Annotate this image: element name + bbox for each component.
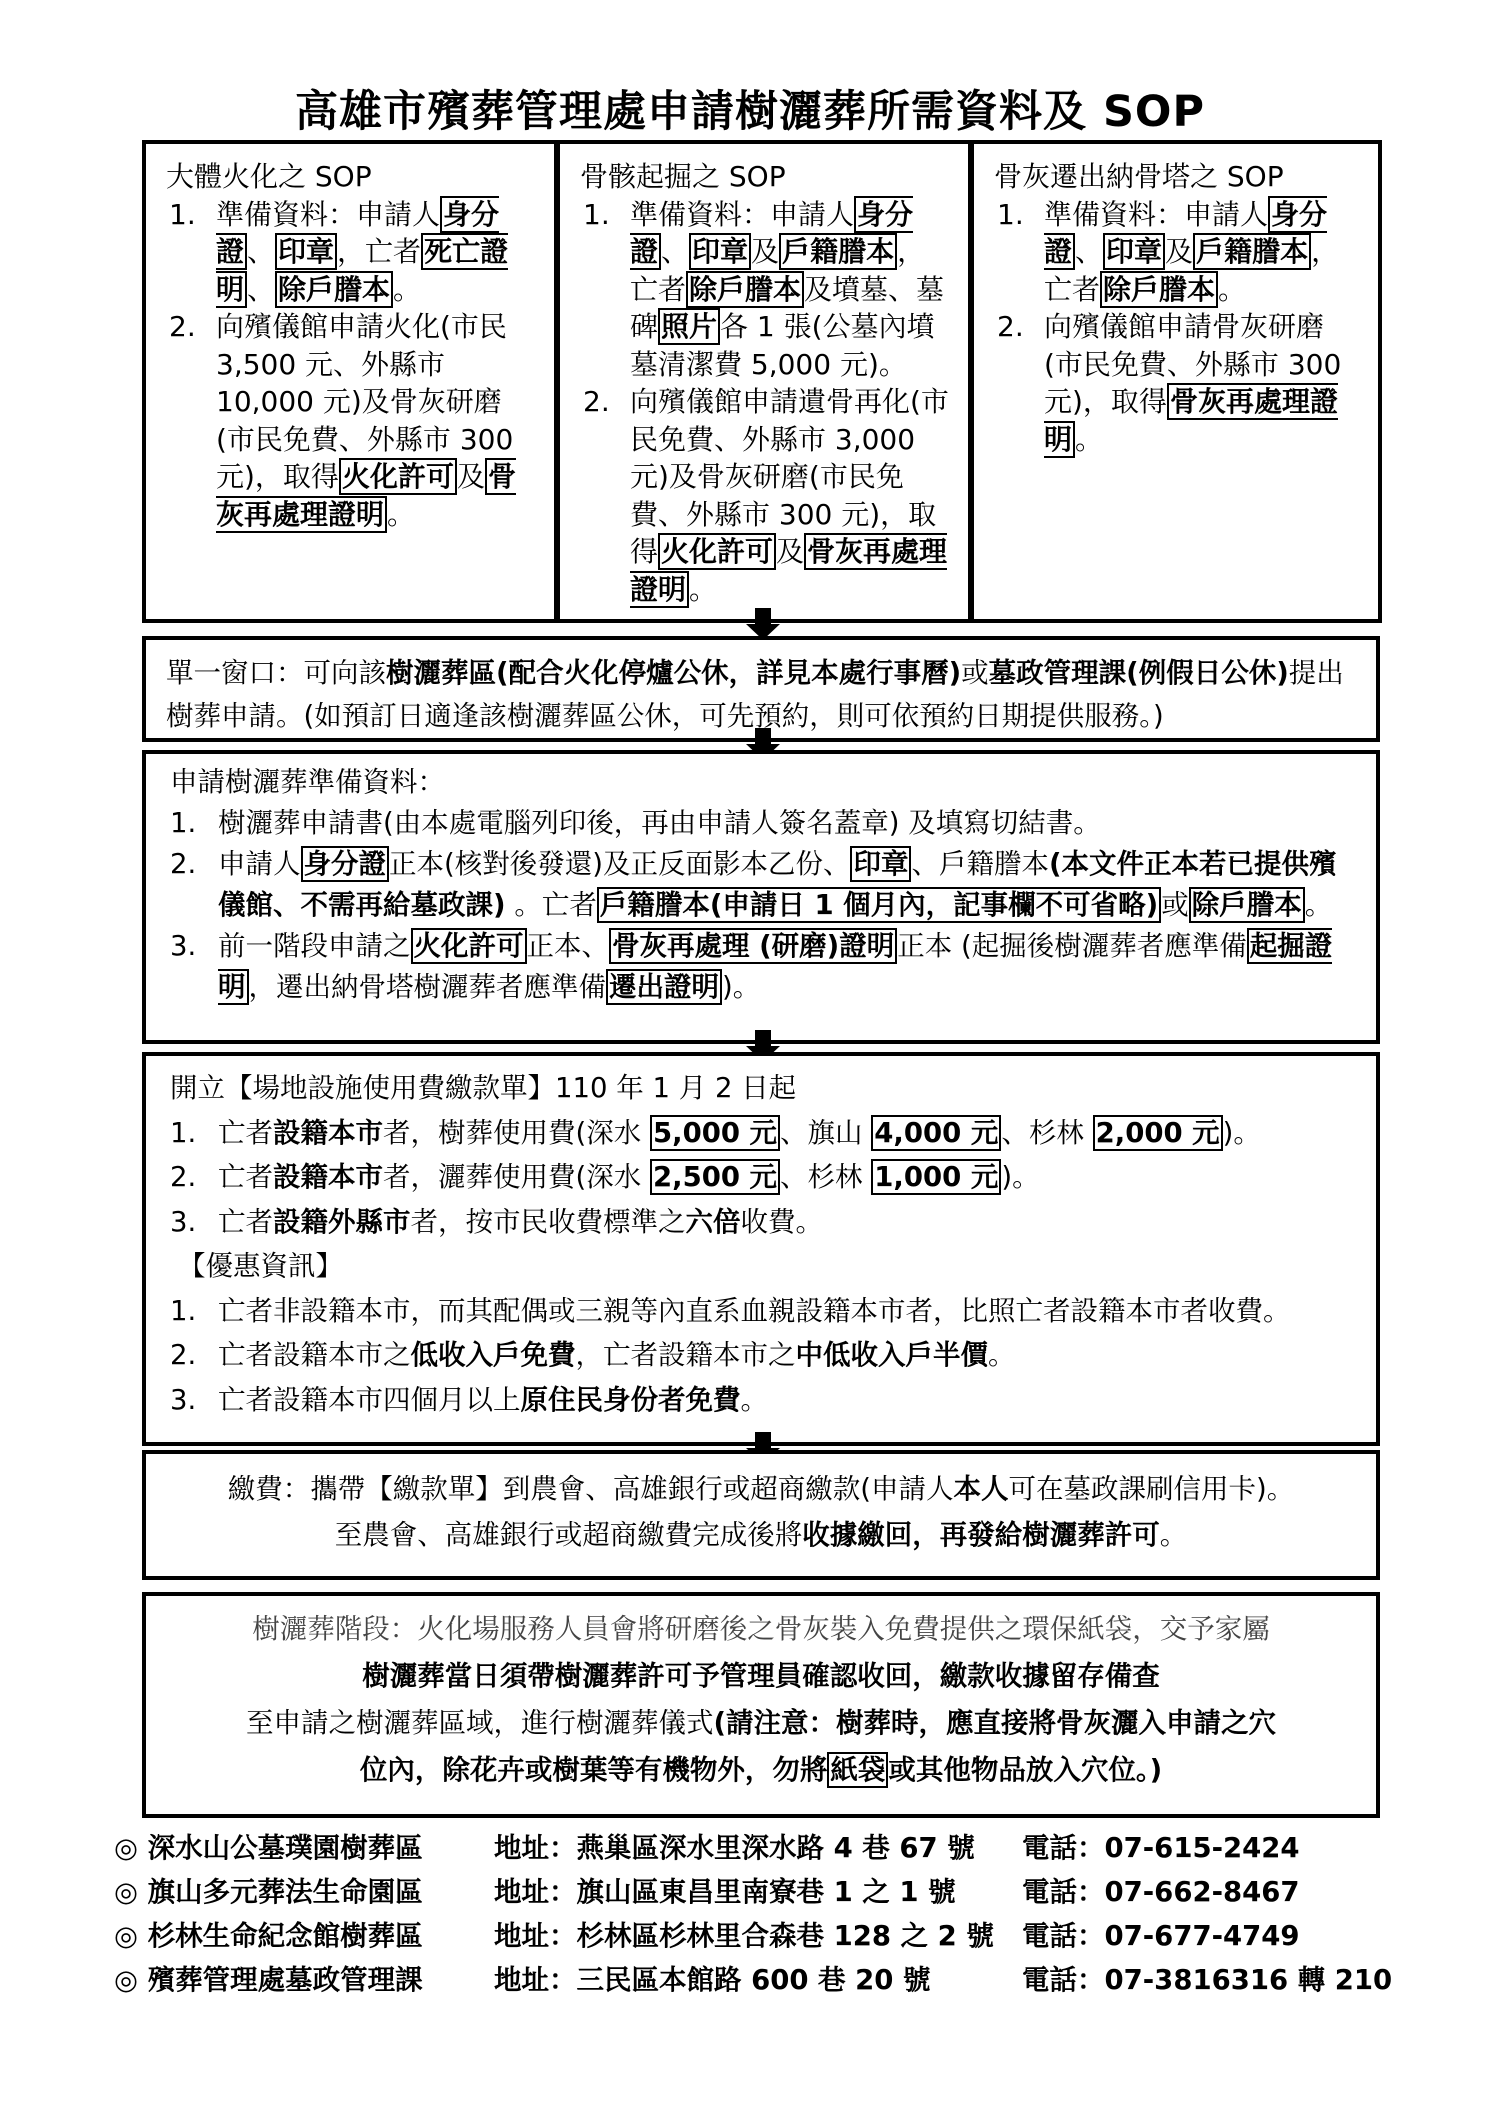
ceremony-line-2: 樹灑葬當日須帶樹灑葬許可予管理員確認收回，繳款收據留存備查 bbox=[156, 1653, 1366, 1700]
highlighted-term: 火化許可 bbox=[658, 533, 776, 570]
emphasis-text: 設籍本市 bbox=[273, 1161, 383, 1193]
ceremony-line-1: 樹灑葬階段：火化場服務人員會將研磨後之骨灰裝入免費提供之環保紙袋，交予家屬 bbox=[156, 1606, 1366, 1653]
text-run: 、杉林 bbox=[1001, 1117, 1092, 1149]
ceremony-box: 樹灑葬階段：火化場服務人員會將研磨後之骨灰裝入免費提供之環保紙袋，交予家屬 樹灑… bbox=[142, 1592, 1380, 1818]
text-run: 申請人 bbox=[218, 848, 301, 880]
flow-arrow-down-icon bbox=[755, 1030, 771, 1048]
bullet-icon: ◎ bbox=[114, 1920, 138, 1952]
item-number: 1. bbox=[583, 196, 610, 234]
text-run: 準備資料：申請人 bbox=[630, 198, 854, 231]
text-run: 。 bbox=[1218, 273, 1246, 306]
fee-list: 1.亡者設籍本市者，樹葬使用費(深水 5,000 元、旗山 4,000 元、杉林… bbox=[170, 1111, 1360, 1245]
text-run: 、 bbox=[247, 235, 275, 268]
item-number: 1. bbox=[169, 196, 196, 234]
text-run: 亡者 bbox=[218, 1206, 273, 1238]
item-number: 1. bbox=[170, 1111, 196, 1156]
text-run: 準備資料：申請人 bbox=[216, 198, 440, 231]
prep-list: 1.樹灑葬申請書(由本處電腦列印後，再由申請人簽名蓋章) 及填寫切結書。2.申請… bbox=[170, 803, 1360, 1008]
highlighted-term: 戶籍謄本 bbox=[779, 233, 897, 270]
list-item: 2.向殯儀館申請火化(市民 3,500 元、外縣市 10,000 元)及骨灰研磨… bbox=[166, 308, 536, 533]
list-item: 2.申請人身分證正本(核對後發還)及正反面影本乙份、印章、戶籍謄本(本文件正本若… bbox=[170, 844, 1360, 926]
highlighted-term: 身分證 bbox=[301, 846, 390, 882]
highlighted-term: 除戶謄本 bbox=[275, 271, 393, 308]
text-run: 、 bbox=[247, 273, 275, 306]
emphasis-text: 墓政管理課(例假日公休) bbox=[989, 657, 1289, 689]
bullet-icon: ◎ bbox=[114, 1876, 138, 1908]
emphasis-text: 或其他物品放入穴位。) bbox=[888, 1754, 1162, 1786]
flow-arrow-down-icon bbox=[755, 728, 771, 746]
location-address: 地址：杉林區杉林里合森巷 128 之 2 號 bbox=[494, 1914, 1022, 1958]
location-phone: 電話：07-615-2424 bbox=[1022, 1826, 1300, 1870]
list-item: 2.亡者設籍本市之低收入戶免費，亡者設籍本市之中低收入戶半價。 bbox=[170, 1333, 1360, 1378]
list-item: 1.準備資料：申請人身分證、印章及戶籍謄本，亡者除戶謄本及墳墓、墓碑照片各 1 … bbox=[580, 196, 950, 384]
text-run: 樹灑葬階段：火化場服務人員會將研磨後之骨灰裝入免費提供之環保紙袋，交予家屬 bbox=[252, 1613, 1270, 1645]
list-item: 1.準備資料：申請人身分證、印章，亡者死亡證明、除戶謄本。 bbox=[166, 196, 536, 309]
emphasis-text: 本人 bbox=[954, 1473, 1009, 1505]
text-run: 、 bbox=[661, 235, 689, 268]
text-run: 。 bbox=[741, 1384, 769, 1416]
text-run: 及 bbox=[751, 235, 779, 268]
location-row: ◎ 旗山多元葬法生命園區 地址：旗山區東昌里南寮巷 1 之 1 號 電話：07-… bbox=[114, 1870, 1392, 1914]
highlighted-term: 戶籍謄本(申請日 1 個月內，記事欄不可省略) bbox=[597, 887, 1161, 923]
text-run: 及 bbox=[457, 460, 485, 493]
text-run: 。 bbox=[689, 573, 717, 606]
text-run: 者，灑葬使用費(深水 bbox=[383, 1161, 650, 1193]
highlighted-term: 除戶謄本 bbox=[1100, 271, 1218, 308]
text-run: 、杉林 bbox=[780, 1161, 871, 1193]
location-phone: 電話：07-3816316 轉 210 bbox=[1022, 1958, 1392, 2002]
flow-arrow-down-icon bbox=[755, 608, 771, 626]
highlighted-term: 2,000 元 bbox=[1093, 1115, 1223, 1151]
sop-column-exhumation: 骨骸起掘之 SOP 1.準備資料：申請人身分證、印章及戶籍謄本，亡者除戶謄本及墳… bbox=[556, 140, 972, 623]
discount-list: 1.亡者非設籍本市，而其配偶或三親等內直系血親設籍本市者，比照亡者設籍本市者收費… bbox=[170, 1289, 1360, 1423]
emphasis-text: 位內，除花卉或樹葉等有機物外，勿將 bbox=[360, 1754, 828, 1786]
text-run: 亡者 bbox=[218, 1117, 273, 1149]
location-name: 旗山多元葬法生命園區 bbox=[148, 1876, 423, 1908]
text-run: 亡者設籍本市四個月以上 bbox=[218, 1384, 521, 1416]
text-run: 。 bbox=[988, 1339, 1016, 1371]
text-run: 準備資料：申請人 bbox=[1044, 198, 1268, 231]
list-item: 2.向殯儀館申請骨灰研磨(市民免費、外縣市 300 元)，取得骨灰再處理證明。 bbox=[994, 308, 1360, 458]
list-item: 1.亡者非設籍本市，而其配偶或三親等內直系血親設籍本市者，比照亡者設籍本市者收費… bbox=[170, 1289, 1360, 1334]
emphasis-text: 中低收入戶半價 bbox=[796, 1339, 989, 1371]
location-name: 殯葬管理處墓政管理課 bbox=[148, 1964, 423, 1996]
ceremony-line-4: 位內，除花卉或樹葉等有機物外，勿將紙袋或其他物品放入穴位。) bbox=[156, 1747, 1366, 1794]
highlighted-term: 除戶謄本 bbox=[1189, 887, 1305, 923]
item-number: 1. bbox=[170, 803, 196, 844]
highlighted-term: 4,000 元 bbox=[871, 1115, 1001, 1151]
list-item: 1.準備資料：申請人身分證、印章及戶籍謄本，亡者除戶謄本。 bbox=[994, 196, 1360, 309]
highlighted-term: 火化許可 bbox=[411, 928, 527, 964]
highlighted-term: 印章 bbox=[850, 846, 911, 882]
text-run: 至申請之樹灑葬區域，進行樹灑葬儀式 bbox=[246, 1707, 714, 1739]
text-run: 。亡者 bbox=[506, 889, 597, 921]
location-phone: 電話：07-662-8467 bbox=[1022, 1870, 1300, 1914]
text-run: 收費。 bbox=[741, 1206, 824, 1238]
single-window-box: 單一窗口：可向該樹灑葬區(配合火化停爐公休，詳見本處行事曆)或墓政管理課(例假日… bbox=[142, 636, 1380, 742]
text-run: ，亡者設籍本市之 bbox=[576, 1339, 796, 1371]
item-number: 2. bbox=[583, 383, 610, 421]
column-heading: 骨灰遷出納骨塔之 SOP bbox=[994, 158, 1360, 196]
sop-steps: 1.準備資料：申請人身分證、印章及戶籍謄本，亡者除戶謄本。2.向殯儀館申請骨灰研… bbox=[994, 196, 1360, 459]
location-address: 地址：旗山區東昌里南寮巷 1 之 1 號 bbox=[494, 1870, 1022, 1914]
text-run: 、戶籍謄本 bbox=[911, 848, 1049, 880]
item-number: 2. bbox=[170, 1155, 196, 1200]
text-run: 者，按市民收費標準之 bbox=[411, 1206, 686, 1238]
text-run: 樹灑葬申請書(由本處電腦列印後，再由申請人簽名蓋章) 及填寫切結書。 bbox=[218, 807, 1101, 839]
location-name: 杉林生命紀念館樹葬區 bbox=[148, 1920, 423, 1952]
text-run: )。 bbox=[722, 971, 760, 1003]
list-item: 3.前一階段申請之火化許可正本、骨灰再處理 (研磨)證明正本 (起掘後樹灑葬者應… bbox=[170, 926, 1360, 1008]
payment-line-2: 至農會、高雄銀行或超商繳費完成後將收據繳回，再發給樹灑葬許可。 bbox=[156, 1512, 1366, 1558]
highlighted-term: 除戶謄本 bbox=[686, 271, 804, 308]
list-item: 3.亡者設籍外縣市者，按市民收費標準之六倍收費。 bbox=[170, 1200, 1360, 1245]
emphasis-text: 六倍 bbox=[686, 1206, 741, 1238]
fee-heading: 開立【場地設施使用費繳款單】110 年 1 月 2 日起 bbox=[170, 1066, 1360, 1111]
text-run: 及 bbox=[776, 535, 804, 568]
text-run: 。 bbox=[393, 273, 421, 306]
text-run: 單一窗口：可向該 bbox=[166, 657, 386, 689]
list-item: 1.亡者設籍本市者，樹葬使用費(深水 5,000 元、旗山 4,000 元、杉林… bbox=[170, 1111, 1360, 1156]
text-run: 正本(核對後發還)及正反面影本乙份、 bbox=[389, 848, 850, 880]
document-title: 高雄市殯葬管理處申請樹灑葬所需資料及 SOP bbox=[0, 78, 1500, 139]
location-row: ◎ 殯葬管理處墓政管理課 地址：三民區本館路 600 巷 20 號 電話：07-… bbox=[114, 1958, 1392, 2002]
item-number: 3. bbox=[170, 1378, 196, 1423]
highlighted-term: 戶籍謄本 bbox=[1193, 233, 1311, 270]
text-run: 亡者非設籍本市，而其配偶或三親等內直系血親設籍本市者，比照亡者設籍本市者收費。 bbox=[218, 1295, 1291, 1327]
highlighted-term: 骨灰再處理 (研磨)證明 bbox=[609, 928, 897, 964]
item-number: 2. bbox=[997, 308, 1024, 346]
discount-heading: 【優惠資訊】 bbox=[170, 1244, 1360, 1289]
item-number: 1. bbox=[997, 196, 1024, 234]
text-run: )。 bbox=[1223, 1117, 1261, 1149]
emphasis-text: 收據繳回，再發給樹灑葬許可 bbox=[802, 1519, 1160, 1551]
text-run: 亡者 bbox=[218, 1161, 273, 1193]
text-run: ，遷出納骨塔樹灑葬者應準備 bbox=[249, 971, 607, 1003]
text-run: 可在墓政課刷信用卡)。 bbox=[1009, 1473, 1295, 1505]
sop-steps: 1.準備資料：申請人身分證、印章，亡者死亡證明、除戶謄本。2.向殯儀館申請火化(… bbox=[166, 196, 536, 534]
highlighted-term: 照片 bbox=[658, 308, 720, 345]
list-item: 3.亡者設籍本市四個月以上原住民身份者免費。 bbox=[170, 1378, 1360, 1423]
location-row: ◎ 杉林生命紀念館樹葬區 地址：杉林區杉林里合森巷 128 之 2 號 電話：0… bbox=[114, 1914, 1392, 1958]
sop-steps: 1.準備資料：申請人身分證、印章及戶籍謄本，亡者除戶謄本及墳墓、墓碑照片各 1 … bbox=[580, 196, 950, 609]
text-run: 前一階段申請之 bbox=[218, 930, 411, 962]
text-run: 者，樹葬使用費(深水 bbox=[383, 1117, 650, 1149]
text-run: 亡者設籍本市之 bbox=[218, 1339, 411, 1371]
location-address: 地址：燕巢區深水里深水路 4 巷 67 號 bbox=[494, 1826, 1022, 1870]
location-address: 地址：三民區本館路 600 巷 20 號 bbox=[494, 1958, 1022, 2002]
highlighted-term: 印章 bbox=[275, 233, 337, 270]
highlighted-term: 2,500 元 bbox=[650, 1159, 780, 1195]
emphasis-text: (請注意：樹葬時，應直接將骨灰灑入申請之穴 bbox=[713, 1707, 1276, 1739]
emphasis-text: 樹灑葬當日須帶樹灑葬許可予管理員確認收回，繳款收據留存備查 bbox=[362, 1660, 1160, 1692]
item-number: 2. bbox=[169, 308, 196, 346]
location-phone: 電話：07-677-4749 bbox=[1022, 1914, 1300, 1958]
list-item: 2.亡者設籍本市者，灑葬使用費(深水 2,500 元、杉林 1,000 元)。 bbox=[170, 1155, 1360, 1200]
highlighted-term: 火化許可 bbox=[339, 458, 457, 495]
highlighted-term: 紙袋 bbox=[827, 1752, 888, 1788]
text-run: 、 bbox=[1075, 235, 1103, 268]
text-run: 、旗山 bbox=[780, 1117, 871, 1149]
prep-heading: 申請樹灑葬準備資料： bbox=[170, 762, 1360, 803]
location-list: ◎ 深水山公墓璞園樹葬區 地址：燕巢區深水里深水路 4 巷 67 號 電話：07… bbox=[114, 1826, 1392, 2002]
sop-column-cremation: 大體火化之 SOP 1.準備資料：申請人身分證、印章，亡者死亡證明、除戶謄本。2… bbox=[142, 140, 558, 623]
emphasis-text: 低收入戶免費 bbox=[411, 1339, 576, 1371]
fee-box: 開立【場地設施使用費繳款單】110 年 1 月 2 日起 1.亡者設籍本市者，樹… bbox=[142, 1052, 1380, 1446]
highlighted-term: 1,000 元 bbox=[871, 1159, 1001, 1195]
item-number: 3. bbox=[170, 1200, 196, 1245]
text-run: 正本 (起掘後樹灑葬者應準備 bbox=[897, 930, 1246, 962]
item-number: 2. bbox=[170, 1333, 196, 1378]
location-row: ◎ 深水山公墓璞園樹葬區 地址：燕巢區深水里深水路 4 巷 67 號 電話：07… bbox=[114, 1826, 1392, 1870]
highlighted-term: 5,000 元 bbox=[650, 1115, 780, 1151]
payment-box: 繳費：攜帶【繳款單】到農會、高雄銀行或超商繳款(申請人本人可在墓政課刷信用卡)。… bbox=[142, 1450, 1380, 1580]
text-run: 至農會、高雄銀行或超商繳費完成後將 bbox=[335, 1519, 803, 1551]
text-run: ，亡者 bbox=[337, 235, 421, 268]
item-number: 2. bbox=[170, 844, 196, 885]
text-run: 。 bbox=[387, 498, 415, 531]
item-number: 1. bbox=[170, 1289, 196, 1334]
emphasis-text: 樹灑葬區(配合火化停爐公休，詳見本處行事曆) bbox=[386, 657, 961, 689]
sop-column-ossuary-removal: 骨灰遷出納骨塔之 SOP 1.準備資料：申請人身分證、印章及戶籍謄本，亡者除戶謄… bbox=[970, 140, 1382, 623]
bullet-icon: ◎ bbox=[114, 1964, 138, 1996]
highlighted-term: 印章 bbox=[689, 233, 751, 270]
location-name: 深水山公墓璞園樹葬區 bbox=[148, 1832, 423, 1864]
single-window-text: 單一窗口：可向該樹灑葬區(配合火化停爐公休，詳見本處行事曆)或墓政管理課(例假日… bbox=[166, 657, 1344, 732]
bullet-icon: ◎ bbox=[114, 1832, 138, 1864]
text-run: 正本、 bbox=[527, 930, 610, 962]
column-heading: 大體火化之 SOP bbox=[166, 158, 536, 196]
emphasis-text: 設籍本市 bbox=[273, 1117, 383, 1149]
text-run: 。 bbox=[1160, 1519, 1188, 1551]
text-run: 或 bbox=[1161, 889, 1189, 921]
list-item: 2.向殯儀館申請遺骨再化(市民免費、外縣市 3,000 元)及骨灰研磨(市民免費… bbox=[580, 383, 950, 608]
highlighted-term: 遷出證明 bbox=[606, 969, 722, 1005]
text-run: 。 bbox=[1305, 889, 1333, 921]
text-run: 。 bbox=[1075, 423, 1103, 456]
item-number: 3. bbox=[170, 926, 196, 967]
list-item: 1.樹灑葬申請書(由本處電腦列印後，再由申請人簽名蓋章) 及填寫切結書。 bbox=[170, 803, 1360, 844]
payment-line-1: 繳費：攜帶【繳款單】到農會、高雄銀行或超商繳款(申請人本人可在墓政課刷信用卡)。 bbox=[156, 1466, 1366, 1512]
text-run: 及 bbox=[1165, 235, 1193, 268]
text-run: 或 bbox=[961, 657, 989, 689]
ceremony-line-3: 至申請之樹灑葬區域，進行樹灑葬儀式(請注意：樹葬時，應直接將骨灰灑入申請之穴 bbox=[156, 1700, 1366, 1747]
column-heading: 骨骸起掘之 SOP bbox=[580, 158, 950, 196]
highlighted-term: 印章 bbox=[1103, 233, 1165, 270]
text-run: )。 bbox=[1001, 1161, 1039, 1193]
text-run: 繳費：攜帶【繳款單】到農會、高雄銀行或超商繳款(申請人 bbox=[228, 1473, 954, 1505]
emphasis-text: 原住民身份者免費 bbox=[521, 1384, 741, 1416]
flow-arrow-down-icon bbox=[755, 1432, 771, 1450]
emphasis-text: 設籍外縣市 bbox=[273, 1206, 411, 1238]
prep-documents-box: 申請樹灑葬準備資料： 1.樹灑葬申請書(由本處電腦列印後，再由申請人簽名蓋章) … bbox=[142, 750, 1380, 1044]
